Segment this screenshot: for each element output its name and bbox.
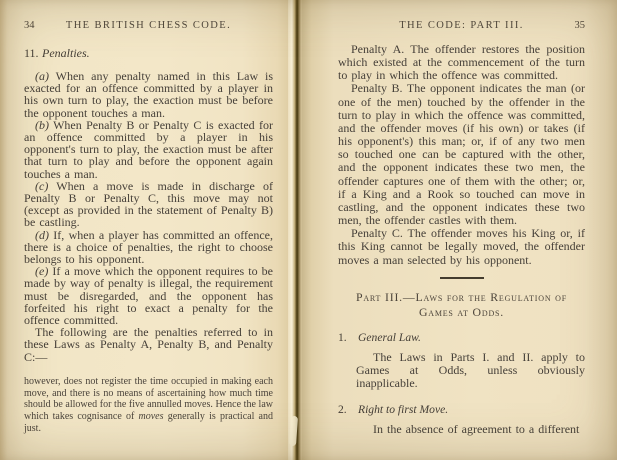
left-running-header: 34 THE BRITISH CHESS CODE. [24,20,273,31]
paragraph-b: (b) When Penalty B or Penalty C is exact… [24,119,273,180]
section-heading-penalties: 11. Penalties. [24,46,273,61]
section-title: General Law. [358,331,421,344]
paragraph-text: The following are the penalties referred… [24,325,273,363]
section-title: Right to first Move. [358,403,448,416]
paragraph-c: (c) When a move is made in discharge of … [24,180,273,229]
left-body-text: (a) When any penalty named in this Law i… [24,70,273,363]
right-page-content: THE CODE: PART III. 35 Penalty A. The of… [338,20,585,436]
part-iii-heading: Part III.—Laws for the Regulation of Gam… [338,290,585,319]
right-page-number: 35 [575,20,586,31]
paragraph-text: When Penalty B or Penalty C is exacted f… [24,118,273,181]
right-to-first-move-paragraph: In the absence of agreement to a differe… [356,423,585,436]
right-page: THE CODE: PART III. 35 Penalty A. The of… [302,0,617,460]
penalty-b-paragraph: Penalty B. The opponent indicates the ma… [338,82,585,227]
right-body-text: Penalty A. The offender restores the pos… [338,43,585,267]
right-header-title: THE CODE: PART III. [399,20,524,31]
book-gutter [288,0,302,460]
penalty-a-paragraph: Penalty A. The offender restores the pos… [338,43,585,82]
part-heading-line2: Games at Odds. [338,305,585,320]
paragraph-d: (d) If, when a player has committed an o… [24,229,273,266]
paragraph-closing: The following are the penalties referred… [24,326,273,363]
paragraph-a: (a) When any penalty named in this Law i… [24,70,273,119]
general-law-paragraph: The Laws in Parts I. and II. apply to Ga… [356,351,585,390]
left-page-number: 34 [24,20,35,31]
paragraph-text: When a move is made in discharge of Pena… [24,179,273,230]
paragraph-text: When any penalty named in this Law is ex… [24,69,273,120]
penalty-c-paragraph: Penalty C. The offender moves his King o… [338,227,585,266]
section-heading-right-to-first-move: 2. Right to first Move. [338,403,585,416]
left-header-title: THE BRITISH CHESS CODE. [66,20,231,31]
paragraph-text: If a move which the opponent requires to… [24,264,273,327]
left-page-content: 34 THE BRITISH CHESS CODE. 11. Penalties… [24,20,273,435]
section-number: 11. [24,46,42,61]
right-running-header: THE CODE: PART III. 35 [338,20,585,31]
part-heading-line1: Part III.—Laws for the Regulation of [338,290,585,305]
section-title: Penalties. [42,46,90,61]
section-number: 1. [338,331,358,344]
section-divider-rule [440,277,484,279]
paragraph-text: If, when a player has committed an offen… [24,228,273,266]
section-number: 2. [338,403,358,416]
footnote: however, does not register the time occu… [24,376,273,435]
book-spread: 34 THE BRITISH CHESS CODE. 11. Penalties… [0,0,617,460]
paragraph-e: (e) If a move which the opponent require… [24,265,273,326]
section-heading-general-law: 1. General Law. [338,331,585,344]
footnote-italic-word: moves [139,411,164,422]
left-page: 34 THE BRITISH CHESS CODE. 11. Penalties… [0,0,295,460]
